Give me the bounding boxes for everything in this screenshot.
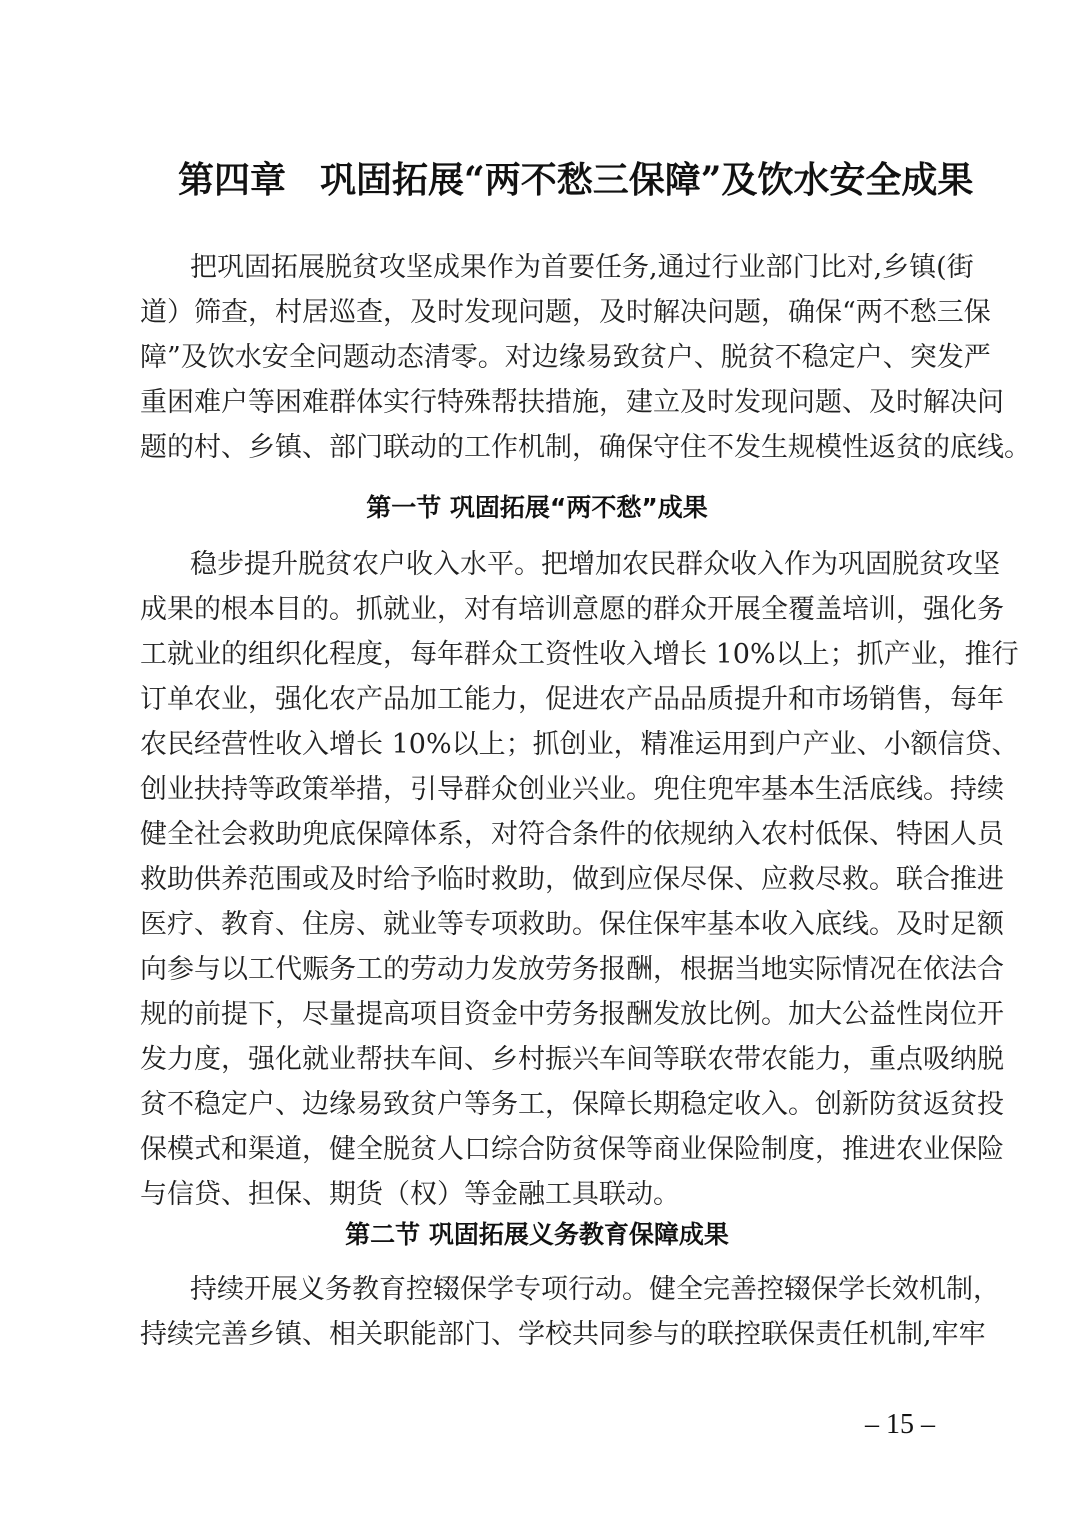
paragraph-line: 医疗、教育、住房、就业等专项救助。保住保牢基本收入底线。及时足额 [140, 905, 935, 945]
paragraph-line: 健全社会救助兜底保障体系，对符合条件的依规纳入农村低保、特困人员 [140, 815, 935, 855]
paragraph-line: 重困难户等困难群体实行特殊帮扶措施，建立及时发现问题、及时解决问 [140, 383, 935, 423]
chapter-number: 第四章 [178, 159, 286, 201]
page-number: – 15 – [850, 1408, 950, 1442]
paragraph-line: 向参与以工代赈务工的劳动力发放劳务报酬，根据当地实际情况在依法合 [140, 950, 935, 990]
paragraph-line: 保模式和渠道，健全脱贫人口综合防贫保等商业保险制度，推进农业保险 [140, 1130, 935, 1170]
paragraph-line: 工就业的组织化程度，每年群众工资性收入增长 10%以上；抓产业，推行 [140, 635, 935, 675]
paragraph-line: 与信贷、担保、期货（权）等金融工具联动。 [140, 1175, 935, 1215]
paragraph-line: 持续完善乡镇、相关职能部门、学校共同参与的联控联保责任机制,牢牢 [140, 1315, 935, 1355]
paragraph-line: 持续开展义务教育控辍保学专项行动。健全完善控辍保学长效机制， [190, 1270, 935, 1310]
section-title: 第二节 巩固拓展义务教育保障成果 [0, 1215, 1074, 1255]
paragraph-line: 订单农业，强化农产品加工能力，促进农产品品质提升和市场销售，每年 [140, 680, 935, 720]
paragraph-line: 发力度，强化就业帮扶车间、乡村振兴车间等联农带农能力，重点吸纳脱 [140, 1040, 935, 1080]
paragraph-line: 贫不稳定户、边缘易致贫户等务工，保障长期稳定收入。创新防贫返贫投 [140, 1085, 935, 1125]
paragraph-line: 障”及饮水安全问题动态清零。对边缘易致贫户、脱贫不稳定户、突发严 [140, 338, 935, 378]
paragraph-line: 题的村、乡镇、部门联动的工作机制，确保守住不发生规模性返贫的底线。 [140, 428, 935, 468]
paragraph-line: 成果的根本目的。抓就业，对有培训意愿的群众开展全覆盖培训，强化务 [140, 590, 935, 630]
paragraph-line: 把巩固拓展脱贫攻坚成果作为首要任务,通过行业部门比对,乡镇(街 [190, 248, 935, 288]
section-title: 第一节 巩固拓展“两不愁”成果 [0, 488, 1074, 528]
paragraph-line: 创业扶持等政策举措，引导群众创业兴业。兜住兜牢基本生活底线。持续 [140, 770, 935, 810]
document-page: 第四章巩固拓展“两不愁三保障”及饮水安全成果 把巩固拓展脱贫攻坚成果作为首要任务… [0, 0, 1074, 1520]
chapter-title: 第四章巩固拓展“两不愁三保障”及饮水安全成果 [178, 152, 898, 208]
paragraph-line: 农民经营性收入增长 10%以上；抓创业，精准运用到户产业、小额信贷、 [140, 725, 935, 765]
paragraph-line: 稳步提升脱贫农户收入水平。把增加农民群众收入作为巩固脱贫攻坚 [190, 545, 935, 585]
paragraph-line: 救助供养范围或及时给予临时救助，做到应保尽保、应救尽救。联合推进 [140, 860, 935, 900]
paragraph-line: 规的前提下，尽量提高项目资金中劳务报酬发放比例。加大公益性岗位开 [140, 995, 935, 1035]
paragraph-line: 道）筛查，村居巡查，及时发现问题，及时解决问题，确保“两不愁三保 [140, 293, 935, 333]
chapter-heading: 巩固拓展“两不愁三保障”及饮水安全成果 [320, 159, 973, 201]
